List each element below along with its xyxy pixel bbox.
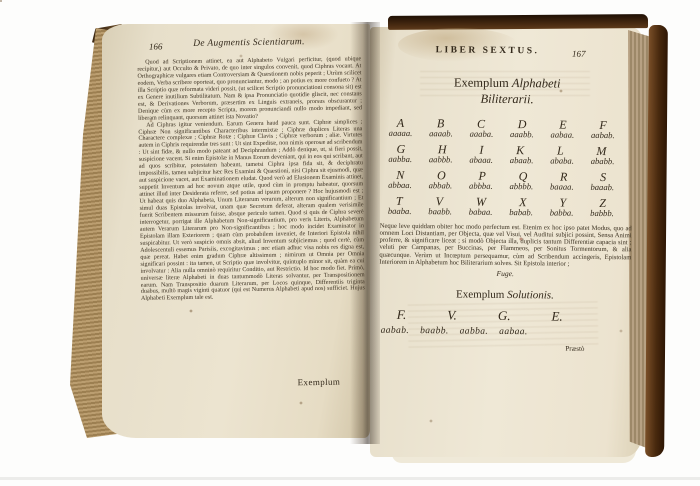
solution-heading-italic: Solutionis. <box>507 289 554 301</box>
solution-letter: E. <box>551 308 562 324</box>
alphabet-codes-line: aaaaa.aaaab.aaaba.aaabb.aabaa.aabab. <box>389 128 615 140</box>
solution-heading: Exemplum Solutionis. <box>379 288 631 303</box>
left-catchword: Exemplum <box>298 377 341 388</box>
biliteral-code: aaaaa. <box>389 128 413 138</box>
biliteral-code: abbba. <box>469 181 493 191</box>
binding-top-edge <box>388 14 648 30</box>
alphabet-row: ABCDEF aaaaa.aaaab.aaaba.aaabb.aabaa.aab… <box>389 116 615 140</box>
biliteral-code: aabbb. <box>429 154 453 164</box>
right-running-title: LIBER SEXTUS. <box>382 45 594 57</box>
biliteral-code: baaab. <box>590 182 614 192</box>
biliteral-code: ababa. <box>550 155 574 165</box>
solution-letter: V. <box>447 307 457 323</box>
biliteral-code: aabab. <box>591 130 615 140</box>
left-page-content: 166 De Augmentis Scientiarum. Quod ad Sc… <box>137 36 367 435</box>
alphabet-heading-italic: Alphabeti <box>512 76 561 91</box>
biliteral-alphabet-table: ABCDEF aaaaa.aaaab.aaaba.aaabb.aabaa.aab… <box>388 116 615 218</box>
right-page-header: LIBER SEXTUS. 167 <box>381 45 633 64</box>
biliteral-code: babbb. <box>590 208 614 218</box>
biliteral-code: ababb. <box>591 156 615 166</box>
biliteral-code: abbaa. <box>388 180 412 190</box>
biliteral-code: abbab. <box>429 180 453 190</box>
alphabet-row: TVWXYZ baaba.baabb.babaa.babab.babba.bab… <box>388 194 614 218</box>
biliteral-code: babab. <box>509 207 533 217</box>
biliteral-code: baabb. <box>428 206 452 216</box>
solution-code: aabba. <box>460 326 489 336</box>
right-paragraph: Neque leve quiddam obiter hoc modo perfe… <box>379 223 631 269</box>
solution-codes-line: aabab.baabb.aabba.aabaa. <box>381 326 631 339</box>
alphabet-codes-line: baaba.baabb.babaa.babab.babba.babbb. <box>388 206 614 218</box>
biliteral-code: babaa. <box>469 207 493 217</box>
left-paragraph-1: Quod ad Scriptionem attinet, ea aut Alph… <box>137 56 362 122</box>
solution-code: aabaa. <box>499 327 528 337</box>
biliteral-code: babba. <box>550 207 574 217</box>
biliteral-code: abaab. <box>510 155 534 165</box>
right-page-content: LIBER SEXTUS. 167 Exemplum Alphabeti Bil… <box>378 45 633 354</box>
biliteral-code: baaba. <box>388 206 412 216</box>
inner-epistle-word: Fuge. <box>379 268 631 280</box>
foxing-specks <box>0 0 2 2</box>
biliteral-code: abaaa. <box>469 155 493 165</box>
right-cover-edge <box>645 25 668 457</box>
solution-letters-line: F.V.G.E. <box>397 307 563 325</box>
biliteral-code: aaaba. <box>470 129 494 139</box>
left-page-header: 166 De Augmentis Scientiarum. <box>137 36 361 55</box>
biliteral-code: aaaab. <box>429 128 453 138</box>
alphabet-codes-line: aabba.aabbb.abaaa.abaab.ababa.ababb. <box>388 154 614 166</box>
biliteral-code: aabba. <box>388 154 412 164</box>
left-paragraph-2: Ad Ciphras igitur veniendum. Earum Gener… <box>138 119 365 303</box>
book-photo: 166 De Augmentis Scientiarum. Quod ad Sc… <box>0 0 700 486</box>
right-page-number: 167 <box>572 49 586 59</box>
background-seam-line <box>0 477 700 480</box>
left-page-number: 166 <box>149 41 163 51</box>
solution-code: baabb. <box>420 326 449 336</box>
biliteral-code: aabaa. <box>551 129 575 139</box>
biliteral-code: abbbb. <box>509 181 533 191</box>
left-running-title: De Augmentis Scientiarum. <box>137 36 361 50</box>
alphabet-row: GHIKLM aabba.aabbb.abaaa.abaab.ababa.aba… <box>388 142 614 166</box>
alphabet-codes-line: abbaa.abbab.abbba.abbbb.baaaa.baaab. <box>388 180 614 192</box>
solution-letter: F. <box>397 307 407 323</box>
alphabet-row: NOPQRS abbaa.abbab.abbba.abbbb.baaaa.baa… <box>388 168 614 192</box>
alphabet-heading-line1: Exemplum Alphabeti <box>381 75 633 93</box>
solution-heading-roman: Exemplum <box>456 288 504 301</box>
biliteral-code: aaabb. <box>510 129 534 139</box>
alphabet-heading-line2: Biliterarii. <box>381 91 633 109</box>
alphabet-heading-roman: Exemplum <box>454 75 509 90</box>
left-page-body-text: Quod ad Scriptionem attinet, ea aut Alph… <box>137 56 366 377</box>
biliteral-code: baaaa. <box>550 181 574 191</box>
solution-code: aabab. <box>381 326 410 336</box>
solution-letter: G. <box>498 308 511 324</box>
